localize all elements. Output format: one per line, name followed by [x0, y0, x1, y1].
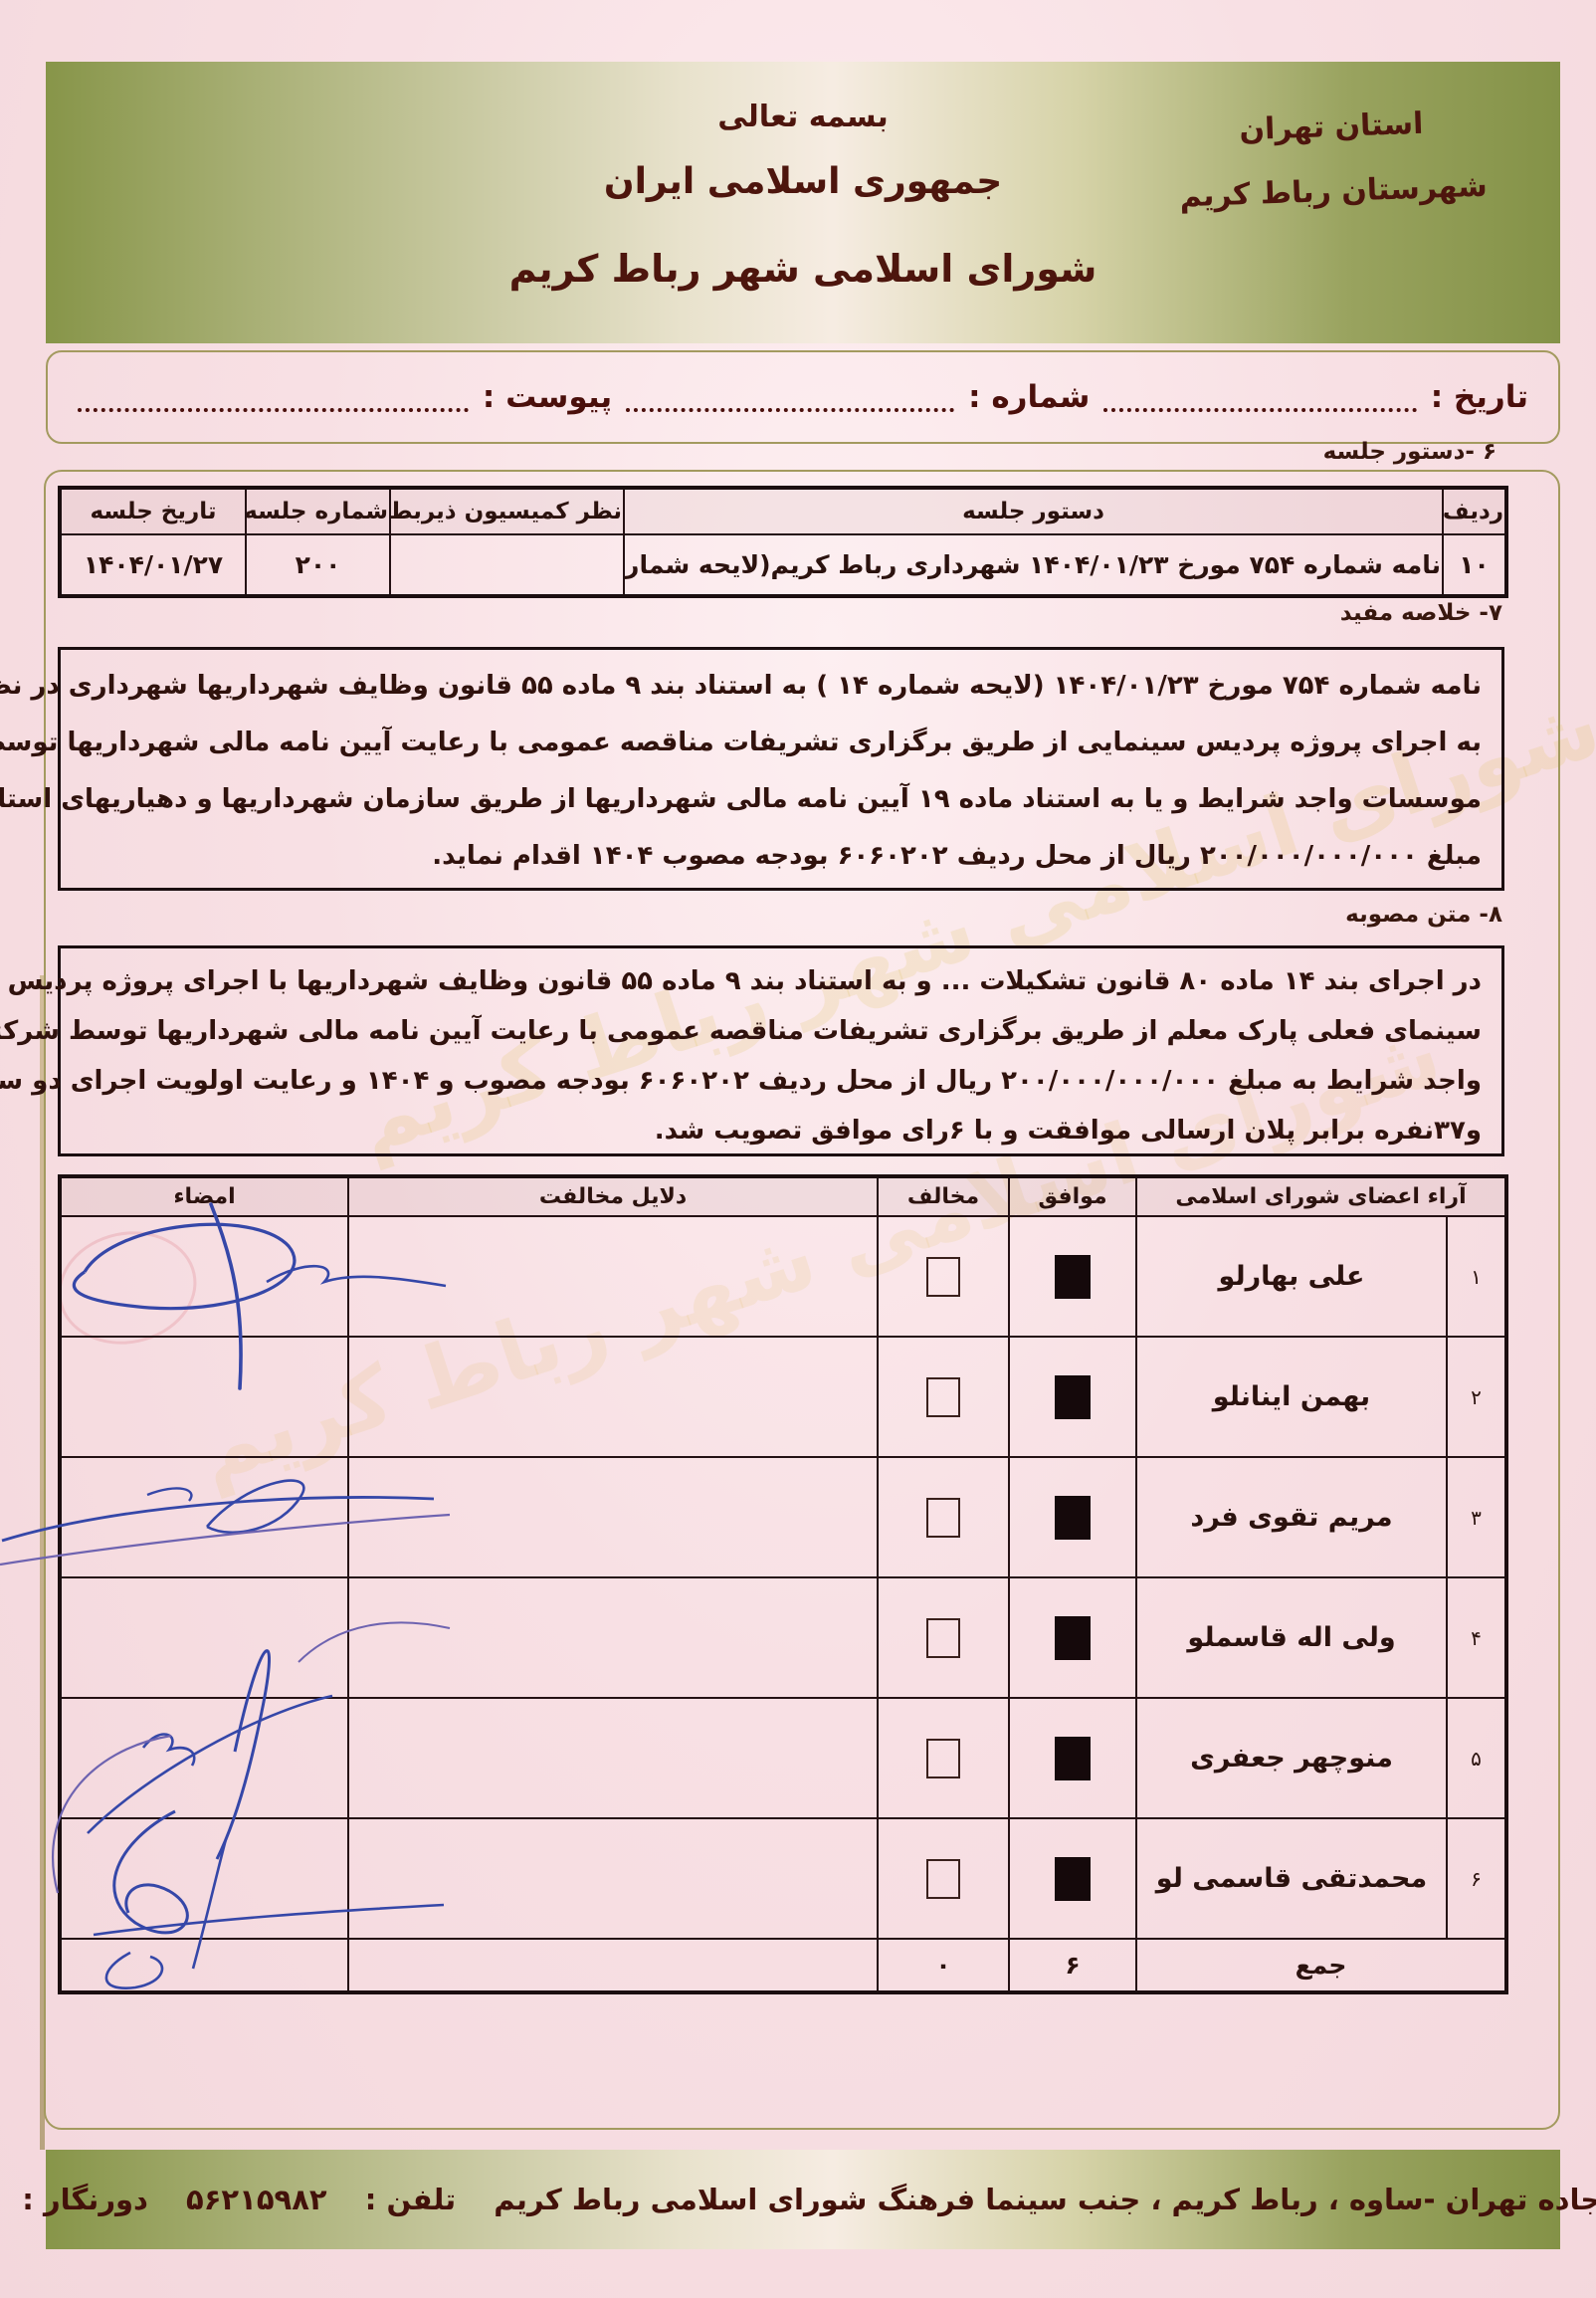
vote-col-agree: موافق: [1009, 1176, 1136, 1216]
vote-row: ۱ علی بهارلو: [60, 1216, 1506, 1337]
meta-fields-row: تاریخ : شماره : پیوست :: [46, 350, 1560, 444]
signature-cell: [60, 1337, 348, 1457]
vote-header-row: آراء اعضای شورای اسلامی موافق مخالف دلای…: [60, 1176, 1506, 1216]
member-name: محمدتقی قاسمی لو: [1136, 1818, 1447, 1939]
oppose-checkbox: [926, 1618, 960, 1658]
member-name: علی بهارلو: [1136, 1216, 1447, 1337]
vote-col-signature: امضاء: [60, 1176, 348, 1216]
agenda-row-text: نامه شماره ۷۵۴ مورخ ۱۴۰۴/۰۱/۲۳ شهرداری ر…: [624, 534, 1443, 596]
summary-box: نامه شماره ۷۵۴ مورخ ۱۴۰۴/۰۱/۲۳ (لایحه شم…: [58, 647, 1504, 891]
reasons-cell: [348, 1698, 878, 1818]
total-label: جمع: [1136, 1939, 1506, 1992]
footer-phone-number: ۵۶۲۱۵۹۸۲: [186, 2183, 327, 2216]
member-name: منوچهر جعفری: [1136, 1698, 1447, 1818]
vote-row: ۳ مریم تقوی فرد: [60, 1457, 1506, 1577]
agenda-col-row: ردیف: [1443, 488, 1506, 534]
vote-row: ۲ بهمن اینانلو: [60, 1337, 1506, 1457]
total-oppose: ۰: [878, 1939, 1009, 1992]
oppose-cell: [878, 1457, 1009, 1577]
attachment-dotted-leader: [78, 382, 469, 412]
agenda-row-commission: [390, 534, 624, 596]
agenda-row-session-no: ۲۰۰: [246, 534, 390, 596]
agree-cell: [1009, 1457, 1136, 1577]
vote-col-oppose: مخالف: [878, 1176, 1009, 1216]
oppose-cell: [878, 1818, 1009, 1939]
resolution-box: در اجرای بند ۱۴ ماده ۸۰ قانون تشکیلات ..…: [58, 945, 1504, 1156]
oppose-checkbox: [926, 1739, 960, 1778]
signature-cell: [60, 1457, 348, 1577]
member-no: ۶: [1447, 1818, 1506, 1939]
council-title: شورای اسلامی شهر رباط کریم: [46, 247, 1560, 291]
section-label-agenda: ۶ -دستور جلسه: [1323, 439, 1496, 465]
agenda-col-commission: نظر کمیسیون ذیربط: [390, 488, 624, 534]
vote-row: ۵ منوچهر جعفری: [60, 1698, 1506, 1818]
attachment-label: پیوست :: [483, 379, 612, 415]
member-no: ۳: [1447, 1457, 1506, 1577]
agenda-header-row: ردیف دستور جلسه نظر کمیسیون ذیربط شماره …: [60, 488, 1506, 534]
agree-checkbox: [1055, 1857, 1091, 1901]
scanned-council-resolution-page: شورای اسلامی شهر رباط کریم شورای اسلامی …: [0, 0, 1596, 2298]
oppose-checkbox: [926, 1498, 960, 1538]
signature-cell: [60, 1216, 348, 1337]
agree-cell: [1009, 1698, 1136, 1818]
agree-checkbox: [1055, 1737, 1091, 1780]
agree-cell: [1009, 1577, 1136, 1698]
resolution-line: سینمای فعلی پارک معلم از طریق برگزاری تش…: [81, 1006, 1482, 1056]
total-signature-cell: [60, 1939, 348, 1992]
member-no: ۲: [1447, 1337, 1506, 1457]
member-no: ۵: [1447, 1698, 1506, 1818]
reasons-cell: [348, 1818, 878, 1939]
letterhead-band: بسمه تعالی جمهوری اسلامی ایران شورای اسل…: [46, 62, 1560, 343]
summary-line: نامه شماره ۷۵۴ مورخ ۱۴۰۴/۰۱/۲۳ (لایحه شم…: [81, 658, 1482, 715]
date-dotted-leader: [1103, 382, 1416, 412]
member-no: ۴: [1447, 1577, 1506, 1698]
vote-col-members: آراء اعضای شورای اسلامی: [1136, 1176, 1506, 1216]
oppose-checkbox: [926, 1377, 960, 1417]
number-label: شماره :: [968, 379, 1090, 415]
agree-checkbox: [1055, 1616, 1091, 1660]
resolution-line: در اجرای بند ۱۴ ماده ۸۰ قانون تشکیلات ..…: [81, 956, 1482, 1006]
vote-row: ۴ ولی اله قاسملو: [60, 1577, 1506, 1698]
summary-line: به اجرای پروژه پردیس سینمایی از طریق برگ…: [81, 715, 1482, 771]
total-agree: ۶: [1009, 1939, 1136, 1992]
signature-cell: [60, 1698, 348, 1818]
agree-cell: [1009, 1818, 1136, 1939]
oppose-cell: [878, 1216, 1009, 1337]
agenda-data-row: ۱۰ نامه شماره ۷۵۴ مورخ ۱۴۰۴/۰۱/۲۳ شهردار…: [60, 534, 1506, 596]
agree-cell: [1009, 1337, 1136, 1457]
vote-col-reasons: دلایل مخالفت: [348, 1176, 878, 1216]
agree-checkbox: [1055, 1375, 1091, 1419]
vote-row: ۶ محمدتقی قاسمی لو: [60, 1818, 1506, 1939]
agree-checkbox: [1055, 1255, 1091, 1299]
signature-cell: [60, 1818, 348, 1939]
agenda-row-session-date: ۱۴۰۴/۰۱/۲۷: [60, 534, 246, 596]
footer-fax-label: دورنگار :: [22, 2183, 148, 2216]
agenda-col-session-date: تاریخ جلسه: [60, 488, 246, 534]
footer-band: کیلومتر ۳۶ جاده تهران -ساوه ، رباط کریم …: [46, 2150, 1560, 2249]
vote-table: آراء اعضای شورای اسلامی موافق مخالف دلای…: [58, 1174, 1508, 1994]
summary-line: موسسات واجد شرایط و یا به استناد ماده ۱۹…: [81, 771, 1482, 828]
oppose-checkbox: [926, 1859, 960, 1899]
reasons-cell: [348, 1337, 878, 1457]
agenda-col-session-no: شماره جلسه: [246, 488, 390, 534]
reasons-cell: [348, 1457, 878, 1577]
member-no: ۱: [1447, 1216, 1506, 1337]
oppose-cell: [878, 1577, 1009, 1698]
date-label: تاریخ :: [1431, 379, 1528, 415]
province-county-block: استان تهران شهرستان رباط کریم: [1166, 104, 1497, 214]
agree-cell: [1009, 1216, 1136, 1337]
member-name: ولی اله قاسملو: [1136, 1577, 1447, 1698]
oppose-cell: [878, 1337, 1009, 1457]
vote-total-row: جمع ۶ ۰: [60, 1939, 1506, 1992]
reasons-cell: [348, 1216, 878, 1337]
summary-line: مبلغ ۲۰۰/۰۰۰/۰۰۰/۰۰۰ ریال از محل ردیف ۶۰…: [81, 828, 1482, 885]
agree-checkbox: [1055, 1496, 1091, 1540]
footer-phone-label: تلفن :: [365, 2183, 456, 2216]
resolution-line: و۳۷نفره برابر پلان ارسالی موافقت و با ۶ر…: [81, 1106, 1482, 1155]
member-name: بهمن اینانلو: [1136, 1337, 1447, 1457]
footer-address: کیلومتر ۳۶ جاده تهران -ساوه ، رباط کریم …: [494, 2183, 1596, 2216]
resolution-line: واجد شرایط به مبلغ ۲۰۰/۰۰۰/۰۰۰/۰۰۰ ریال …: [81, 1056, 1482, 1106]
number-dotted-leader: [626, 382, 954, 412]
total-reasons-cell: [348, 1939, 878, 1992]
member-name: مریم تقوی فرد: [1136, 1457, 1447, 1577]
reasons-cell: [348, 1577, 878, 1698]
signature-cell: [60, 1577, 348, 1698]
agenda-col-agenda: دستور جلسه: [624, 488, 1443, 534]
agenda-row-no: ۱۰: [1443, 534, 1506, 596]
footer-address-line: کیلومتر ۳۶ جاده تهران -ساوه ، رباط کریم …: [0, 2183, 1596, 2216]
county-label: شهرستان رباط کریم: [1169, 168, 1498, 214]
oppose-cell: [878, 1698, 1009, 1818]
agenda-table: ردیف دستور جلسه نظر کمیسیون ذیربط شماره …: [58, 486, 1508, 598]
oppose-checkbox: [926, 1257, 960, 1297]
